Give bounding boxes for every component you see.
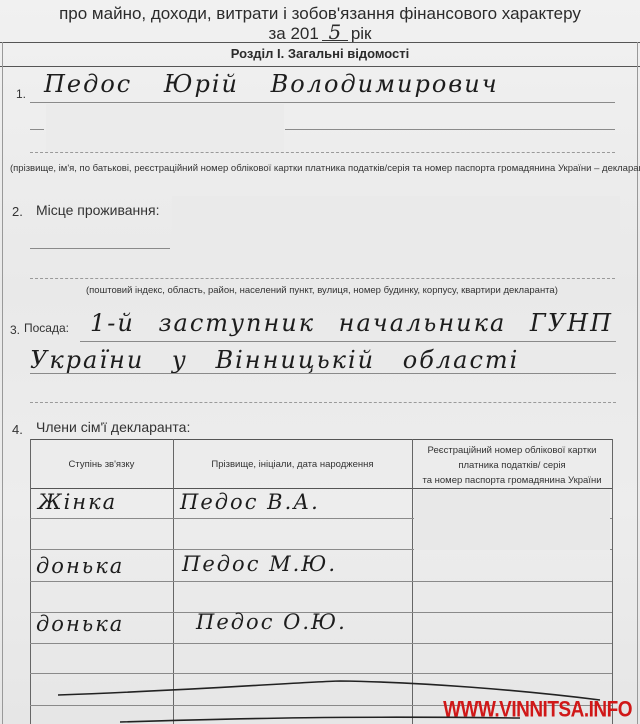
field-3-number: 3. (10, 323, 20, 337)
redacted-tax-id (46, 104, 284, 152)
page-left-border (2, 42, 3, 724)
column-header-id-line3: та номер паспорта громадянина України (412, 473, 612, 488)
residence-line1 (30, 248, 170, 249)
document-title: про майно, доходи, витрати і зобов'язанн… (0, 4, 640, 24)
row-relation[interactable]: донька (36, 612, 124, 636)
column-header-relation: Ступінь зв'язку (30, 457, 173, 472)
position-line1-handwritten[interactable]: 1-й заступник начальника ГУНП (90, 309, 613, 337)
name-caption: (прізвище, ім'я, по батькові, реєстрацій… (10, 163, 640, 174)
row-relation[interactable]: Жінка (38, 490, 117, 514)
column-header-id-line1: Реєстраційний номер облікової картки (412, 443, 612, 458)
field-1-number: 1. (16, 87, 26, 101)
table-top-border (30, 439, 612, 440)
row-name[interactable]: Педос М.Ю. (182, 552, 337, 576)
name-line2 (285, 129, 615, 130)
redacted-id-column (414, 490, 610, 550)
document-year-line: за 2015рік (0, 24, 640, 44)
name-underline (30, 102, 615, 103)
redacted-residence (172, 196, 620, 278)
field-2-number: 2. (12, 204, 23, 219)
row-name[interactable]: Педос О.Ю. (196, 610, 347, 634)
year-prefix: за 201 (268, 24, 318, 43)
column-header-id: Реєстраційний номер облікової картки пла… (412, 443, 612, 488)
position-line2-handwritten[interactable]: України у Вінницькій області (30, 346, 519, 374)
column-header-id-line2: платника податків/ серія (412, 458, 612, 473)
position-underline-2 (30, 373, 616, 374)
page-right-border (637, 42, 638, 724)
residence-line2 (30, 278, 615, 279)
position-underline-1 (80, 341, 616, 342)
name-line2-stub (30, 129, 44, 130)
section-top-border (0, 42, 640, 43)
row-name[interactable]: Педос В.А. (180, 490, 320, 514)
column-header-name: Прізвище, ініціали, дата народження (173, 457, 412, 472)
section-bottom-border (0, 66, 640, 67)
residence-caption: (поштовий індекс, область, район, населе… (86, 285, 558, 296)
residence-label: Місце проживання: (36, 202, 160, 218)
site-watermark: WWW.VINNITSA.INFO (443, 698, 632, 723)
table-row-line (30, 581, 612, 582)
year-suffix: рік (351, 24, 372, 43)
family-label: Члени сім'ї декларанта: (36, 419, 190, 435)
declaration-page: про майно, доходи, витрати і зобов'язанн… (0, 0, 640, 724)
position-underline-3 (30, 402, 616, 403)
declarant-name-handwritten[interactable]: Педос Юрій Володимирович (44, 70, 499, 98)
year-handwritten: 5 (322, 24, 348, 41)
section-title: Розділ І. Загальні відомості (0, 46, 640, 61)
name-line3 (30, 152, 615, 153)
row-relation[interactable]: донька (36, 554, 124, 578)
position-label: Посада: (24, 321, 69, 335)
table-row-line (30, 643, 612, 644)
field-4-number: 4. (12, 422, 23, 437)
table-header-bottom-border (30, 488, 612, 489)
